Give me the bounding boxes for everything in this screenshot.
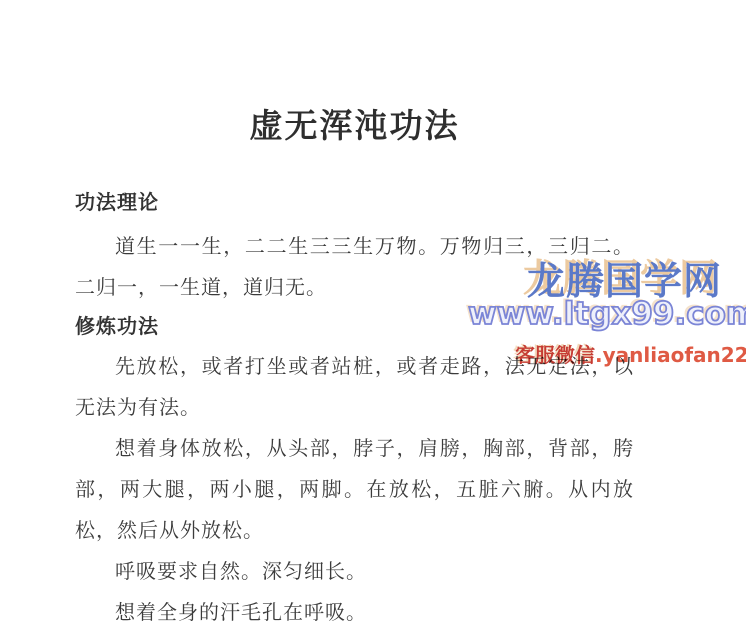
body-paragraph: 先放松，或者打坐或者站桩，或者走路，法无定法，以无法为有法。: [75, 347, 634, 429]
body-paragraph: 呼吸要求自然。深匀细长。: [75, 552, 634, 593]
body-paragraph: 想着全身的汗毛孔在呼吸。: [75, 593, 634, 632]
section-heading-theory: 功法理论: [75, 189, 634, 217]
page-title: 虚无浑沌功法: [75, 108, 634, 147]
body-paragraph: 道生一一生，二二生三三生万物。万物归三，三归二。二归一，一生道，道归无。: [75, 227, 634, 309]
section-heading-practice: 修炼功法: [75, 313, 634, 341]
body-paragraph: 想着身体放松，从头部，脖子，肩膀，胸部，背部，胯部，两大腿，两小腿，两脚。在放松…: [75, 429, 634, 552]
document-page: 虚无浑沌功法 功法理论 道生一一生，二二生三三生万物。万物归三，三归二。二归一，…: [0, 0, 746, 632]
